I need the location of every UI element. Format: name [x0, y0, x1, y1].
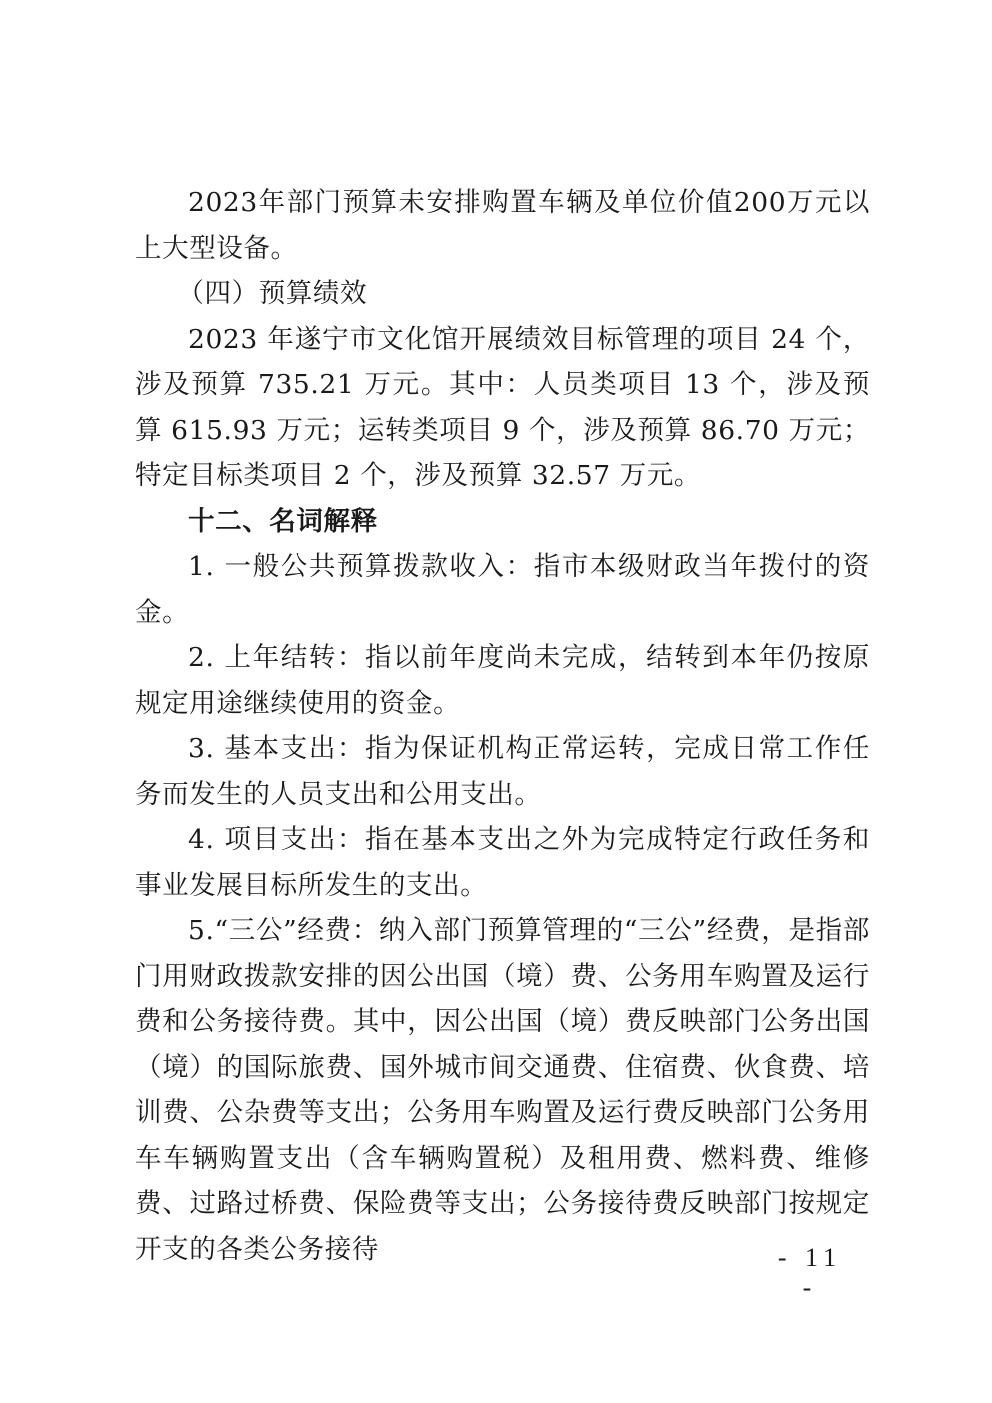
paragraph-vehicle-purchase: 2023年部门预算未安排购置车辆及单位价值200万元以上大型设备。	[135, 180, 870, 271]
document-page: 2023年部门预算未安排购置车辆及单位价值200万元以上大型设备。 （四）预算绩…	[0, 0, 992, 1403]
paragraph-performance-projects: 2023 年遂宁市文化馆开展绩效目标管理的项目 24 个，涉及预算 735.21…	[135, 317, 870, 499]
glossary-item-2: 2. 上年结转：指以前年度尚未完成，结转到本年仍按原规定用途继续使用的资金。	[135, 635, 870, 726]
glossary-item-1: 1. 一般公共预算拨款收入：指市本级财政当年拨付的资金。	[135, 544, 870, 635]
subheading-budget-performance: （四）预算绩效	[135, 271, 870, 317]
glossary-item-5: 5.“三公”经费：纳入部门预算管理的“三公”经费，是指部门用财政拨款安排的因公出…	[135, 908, 870, 1272]
heading-glossary: 十二、名词解释	[135, 499, 870, 545]
glossary-item-3: 3. 基本支出：指为保证机构正常运转，完成日常工作任务而发生的人员支出和公用支出…	[135, 726, 870, 817]
glossary-item-4: 4. 项目支出：指在基本支出之外为完成特定行政任务和事业发展目标所发生的支出。	[135, 817, 870, 908]
document-body: 2023年部门预算未安排购置车辆及单位价值200万元以上大型设备。 （四）预算绩…	[135, 180, 870, 1272]
page-number: - 11 -	[770, 1243, 850, 1303]
